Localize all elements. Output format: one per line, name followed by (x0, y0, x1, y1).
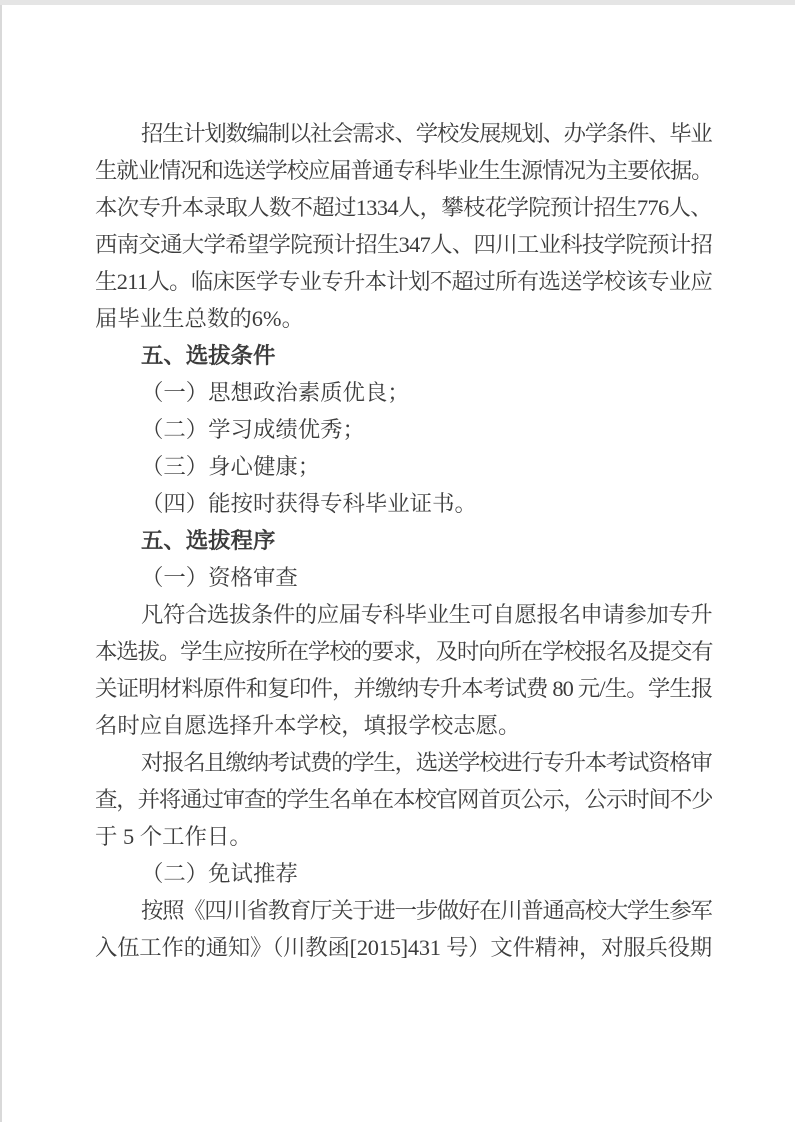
text-line: 按照《四川省教育厅关于进一步做好在川普通高校大学生参军 (95, 892, 712, 929)
section-heading: 五、选拔条件 (95, 337, 712, 374)
text-line: （三）身心健康； (95, 448, 712, 485)
text-line: 届毕业生总数的6%。 (95, 300, 712, 337)
text-line: 西南交通大学希望学院预计招生347人、四川工业科技学院预计招 (95, 226, 712, 263)
text-line: 本选拔。学生应按所在学校的要求，及时向所在学校报名及提交有 (95, 633, 712, 670)
text-line: （一）思想政治素质优良； (95, 374, 712, 411)
viewer-top-edge-strip (0, 0, 795, 5)
document-text-block: 招生计划数编制以社会需求、学校发展规划、办学条件、毕业生就业情况和选送学校应届普… (95, 115, 712, 966)
text-line: 入伍工作的通知》（川教函[2015]431 号）文件精神，对服兵役期 (95, 929, 712, 966)
text-line: 本次专升本录取人数不超过1334人，攀枝花学院预计招生776人、 (95, 189, 712, 226)
text-line: 于 5 个工作日。 (95, 818, 712, 855)
text-line: 查，并将通过审查的学生名单在本校官网首页公示，公示时间不少 (95, 781, 712, 818)
page-left-edge-line (0, 5, 2, 1122)
text-line: （一）资格审查 (95, 559, 712, 596)
text-line: （二）免试推荐 (95, 855, 712, 892)
text-line: 生211人。临床医学专业专升本计划不超过所有选送学校该专业应 (95, 263, 712, 300)
section-heading: 五、选拔程序 (95, 522, 712, 559)
text-line: 对报名且缴纳考试费的学生，选送学校进行专升本考试资格审 (95, 744, 712, 781)
text-line: 关证明材料原件和复印件，并缴纳专升本考试费 80 元/生。学生报 (95, 670, 712, 707)
text-line: 招生计划数编制以社会需求、学校发展规划、办学条件、毕业 (95, 115, 712, 152)
text-line: 名时应自愿选择升本学校，填报学校志愿。 (95, 707, 712, 744)
text-line: （四）能按时获得专科毕业证书。 (95, 485, 712, 522)
text-line: （二）学习成绩优秀； (95, 411, 712, 448)
text-line: 凡符合选拔条件的应届专科毕业生可自愿报名申请参加专升 (95, 596, 712, 633)
text-line: 生就业情况和选送学校应届普通专科毕业生生源情况为主要依据。 (95, 152, 712, 189)
